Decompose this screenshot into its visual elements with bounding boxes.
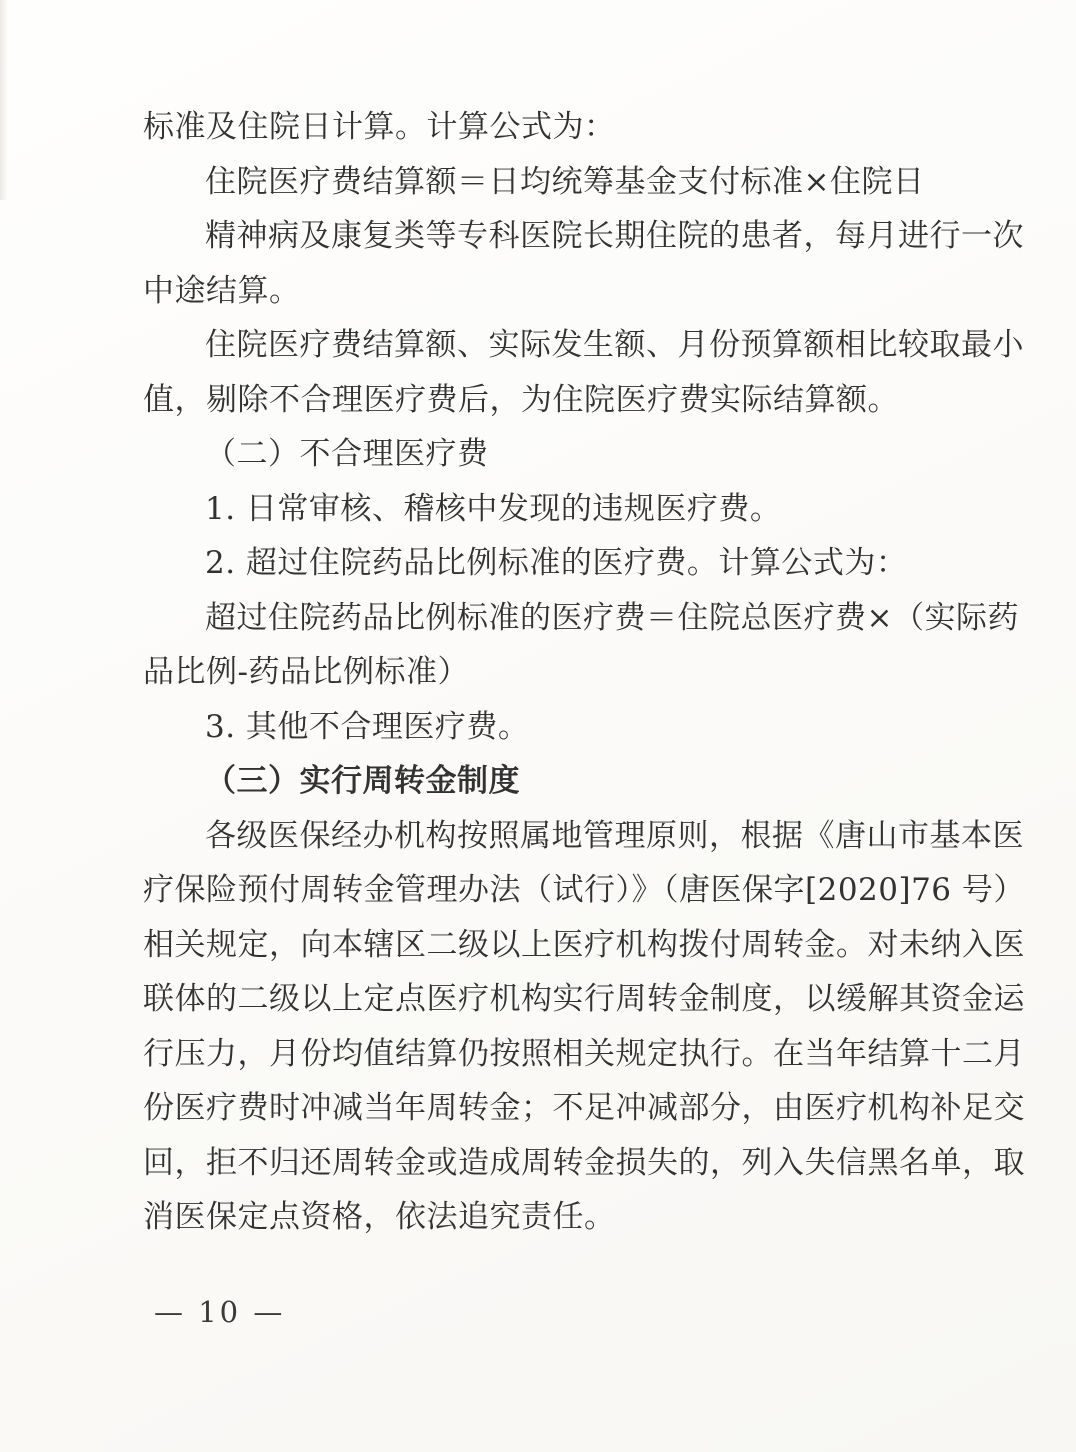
text-line: 行压力，月份均值结算仍按照相关规定执行。在当年结算十二月 <box>143 1027 959 1082</box>
page-number: — 10 — <box>154 1295 285 1329</box>
text-line: 住院医疗费结算额＝日均统筹基金支付标准×住院日 <box>143 155 959 210</box>
text-line: 精神病及康复类等专科医院长期住院的患者，每月进行一次 <box>143 209 959 264</box>
text-line: 相关规定，向本辖区二级以上医疗机构拨付周转金。对未纳入医 <box>143 918 959 973</box>
section-heading: （三）实行周转金制度 <box>143 754 959 809</box>
document-body: 标准及住院日计算。计算公式为：住院医疗费结算额＝日均统筹基金支付标准×住院日精神… <box>143 100 959 1245</box>
text-line: 疗保险预付周转金管理办法（试行）》（唐医保字[2020]76 号） <box>143 863 959 918</box>
text-line: 品比例-药品比例标准） <box>143 645 959 700</box>
text-line: 联体的二级以上定点医疗机构实行周转金制度，以缓解其资金运 <box>143 972 959 1027</box>
text-line: 回，拒不归还周转金或造成周转金损失的，列入失信黑名单，取 <box>143 1136 959 1191</box>
scan-edge-artifact <box>0 0 8 200</box>
text-line: 中途结算。 <box>143 264 959 319</box>
text-line: 住院医疗费结算额、实际发生额、月份预算额相比较取最小 <box>143 318 959 373</box>
page-footer: — 10 — <box>154 1292 285 1332</box>
section-heading: （二）不合理医疗费 <box>143 427 959 482</box>
text-line: 各级医保经办机构按照属地管理原则，根据《唐山市基本医 <box>143 809 959 864</box>
text-line: 超过住院药品比例标准的医疗费＝住院总医疗费×（实际药 <box>143 591 959 646</box>
text-line: 值，剔除不合理医疗费后，为住院医疗费实际结算额。 <box>143 373 959 428</box>
text-line: 标准及住院日计算。计算公式为： <box>143 100 959 155</box>
text-line: 1. 日常审核、稽核中发现的违规医疗费。 <box>143 482 959 537</box>
text-line: 消医保定点资格，依法追究责任。 <box>143 1190 959 1245</box>
text-line: 份医疗费时冲减当年周转金；不足冲减部分，由医疗机构补足交 <box>143 1081 959 1136</box>
text-line: 3. 其他不合理医疗费。 <box>143 700 959 755</box>
document-page: 标准及住院日计算。计算公式为：住院医疗费结算额＝日均统筹基金支付标准×住院日精神… <box>0 0 1076 1452</box>
text-line: 2. 超过住院药品比例标准的医疗费。计算公式为： <box>143 536 959 591</box>
